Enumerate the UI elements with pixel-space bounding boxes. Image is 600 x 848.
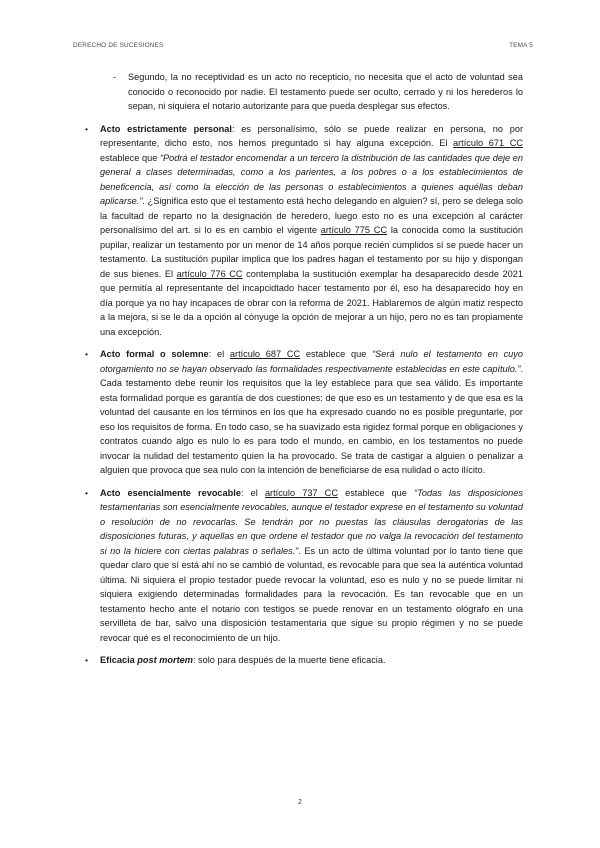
text-run: Eficacia	[100, 655, 137, 665]
text-run: establece que	[100, 153, 160, 163]
text-run: Segundo, la no receptividad es un acto n…	[128, 72, 523, 111]
page-footer: 2	[0, 799, 600, 806]
text-run: . Cada testamento debe reunir los requis…	[100, 364, 523, 476]
text-run: : el	[209, 349, 230, 359]
article-reference: artículo 776 CC	[177, 269, 243, 279]
header-course-title: DERECHO DE SUCESIONES	[73, 42, 164, 49]
article-reference: artículo 687 CC	[230, 349, 300, 359]
text-run: : solo para después de la muerte tiene e…	[193, 655, 386, 665]
bullet-paragraph: •Acto estrictamente personal: es persona…	[100, 122, 523, 340]
bullet-marker: •	[85, 486, 88, 501]
bullet-marker: •	[85, 347, 88, 362]
bullet-marker: •	[85, 122, 88, 137]
bullet-paragraph: •Acto formal o solemne: el artículo 687 …	[100, 347, 523, 478]
article-reference: artículo 737 CC	[265, 488, 338, 498]
text-run: Acto estrictamente personal	[100, 124, 232, 134]
document-body: -Segundo, la no receptividad es un acto …	[100, 70, 523, 676]
header-topic-label: TEMA 5	[509, 42, 533, 49]
page-number: 2	[298, 799, 302, 806]
dash-marker: -	[113, 70, 116, 85]
text-run: establece que	[338, 488, 414, 498]
text-run: establece que	[300, 349, 372, 359]
page-header: DERECHO DE SUCESIONES TEMA 5	[73, 42, 533, 49]
bullet-paragraph: •Eficacia post mortem: solo para después…	[100, 653, 523, 668]
article-reference: artículo 671 CC	[453, 138, 523, 148]
text-run: . Es un acto de última voluntad por lo t…	[100, 546, 523, 643]
text-run: Acto formal o solemne	[100, 349, 209, 359]
text-run: Acto esencialmente revocable	[100, 488, 241, 498]
bullet-paragraph: •Acto esencialmente revocable: el artícu…	[100, 486, 523, 646]
article-reference: artículo 775 CC	[321, 225, 387, 235]
document-page: DERECHO DE SUCESIONES TEMA 5 -Segundo, l…	[0, 0, 600, 848]
text-run: post mortem	[137, 655, 193, 665]
bullet-marker: •	[85, 653, 88, 668]
sub-item-paragraph: -Segundo, la no receptividad es un acto …	[128, 70, 523, 114]
text-run: : el	[241, 488, 265, 498]
